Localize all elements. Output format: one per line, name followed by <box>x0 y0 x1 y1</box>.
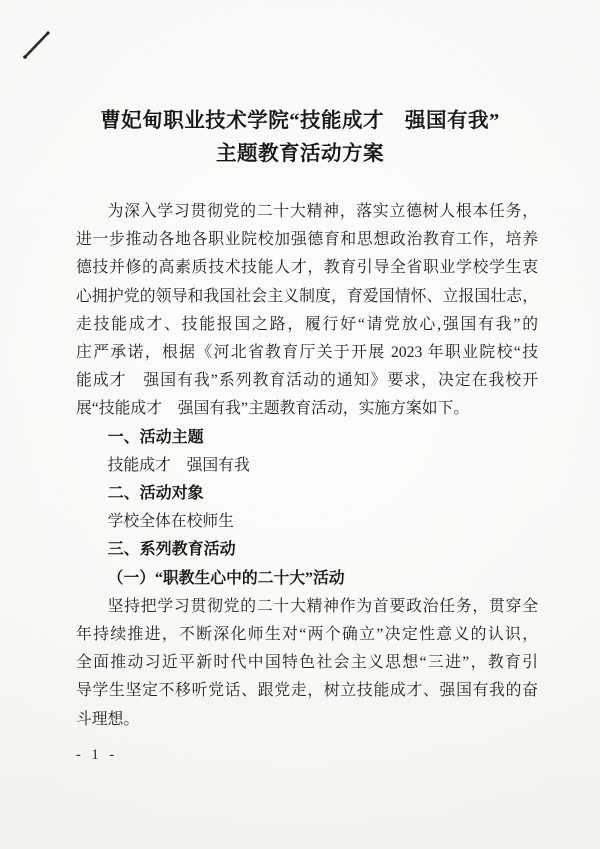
text-line: 走技能成才、技能报国之路，履行好“请党放心,强国有我”的 <box>76 311 538 339</box>
text-line: 坚持把学习贯彻党的二十大精神作为首要政治任务，贯穿全 <box>76 593 538 621</box>
text-line: 年持续推进，不断深化师生对“两个确立”决定性意义的认识， <box>76 621 538 649</box>
text-line: 为深入学习贯彻党的二十大精神，落实立德树人根本任务， <box>76 198 538 226</box>
document-title: 曹妃甸职业技术学院“技能成才 强国有我” 主题教育活动方案 <box>40 105 560 171</box>
page-number: - 1 - <box>76 747 118 764</box>
document-title-line-1: 曹妃甸职业技术学院“技能成才 强国有我” <box>40 105 560 138</box>
text-line: 庄严承诺，根据《河北省教育厅关于开展 2023 年职业院校“技 <box>76 339 538 367</box>
text-line: 导学生坚定不移听党话、跟党走，树立技能成才、强国有我的奋 <box>76 677 538 705</box>
text-line: （一）“职教生心中的二十大”活动 <box>76 565 538 593</box>
document-title-line-2: 主题教育活动方案 <box>40 138 560 171</box>
text-line: 斗理想。 <box>76 706 538 734</box>
text-line: 二、活动对象 <box>76 480 538 508</box>
pen-stroke-mark <box>18 26 58 66</box>
text-line: 能成才 强国有我”系列教育活动的通知》要求，决定在我校开 <box>76 367 538 395</box>
text-line: 三、系列教育活动 <box>76 536 538 564</box>
scanned-document-page: 曹妃甸职业技术学院“技能成才 强国有我” 主题教育活动方案 为深入学习贯彻党的二… <box>0 0 600 849</box>
text-line: 心拥护党的领导和我国社会主义制度，育爱国情怀、立报国壮志， <box>76 283 538 311</box>
text-line: 学校全体在校师生 <box>76 508 538 536</box>
text-line: 技能成才 强国有我 <box>76 452 538 480</box>
text-line: 进一步推动各地各职业院校加强德育和思想政治教育工作，培养 <box>76 226 538 254</box>
text-line: 展“技能成才 强国有我”主题教育活动，实施方案如下。 <box>76 395 538 423</box>
text-line: 德技并修的高素质技术技能人才，教育引导全省职业学校学生衷 <box>76 254 538 282</box>
document-body: 为深入学习贯彻党的二十大精神，落实立德树人根本任务，进一步推动各地各职业院校加强… <box>76 198 538 734</box>
text-line: 全面推动习近平新时代中国特色社会主义思想“三进”，教育引 <box>76 649 538 677</box>
text-line: 一、活动主题 <box>76 424 538 452</box>
